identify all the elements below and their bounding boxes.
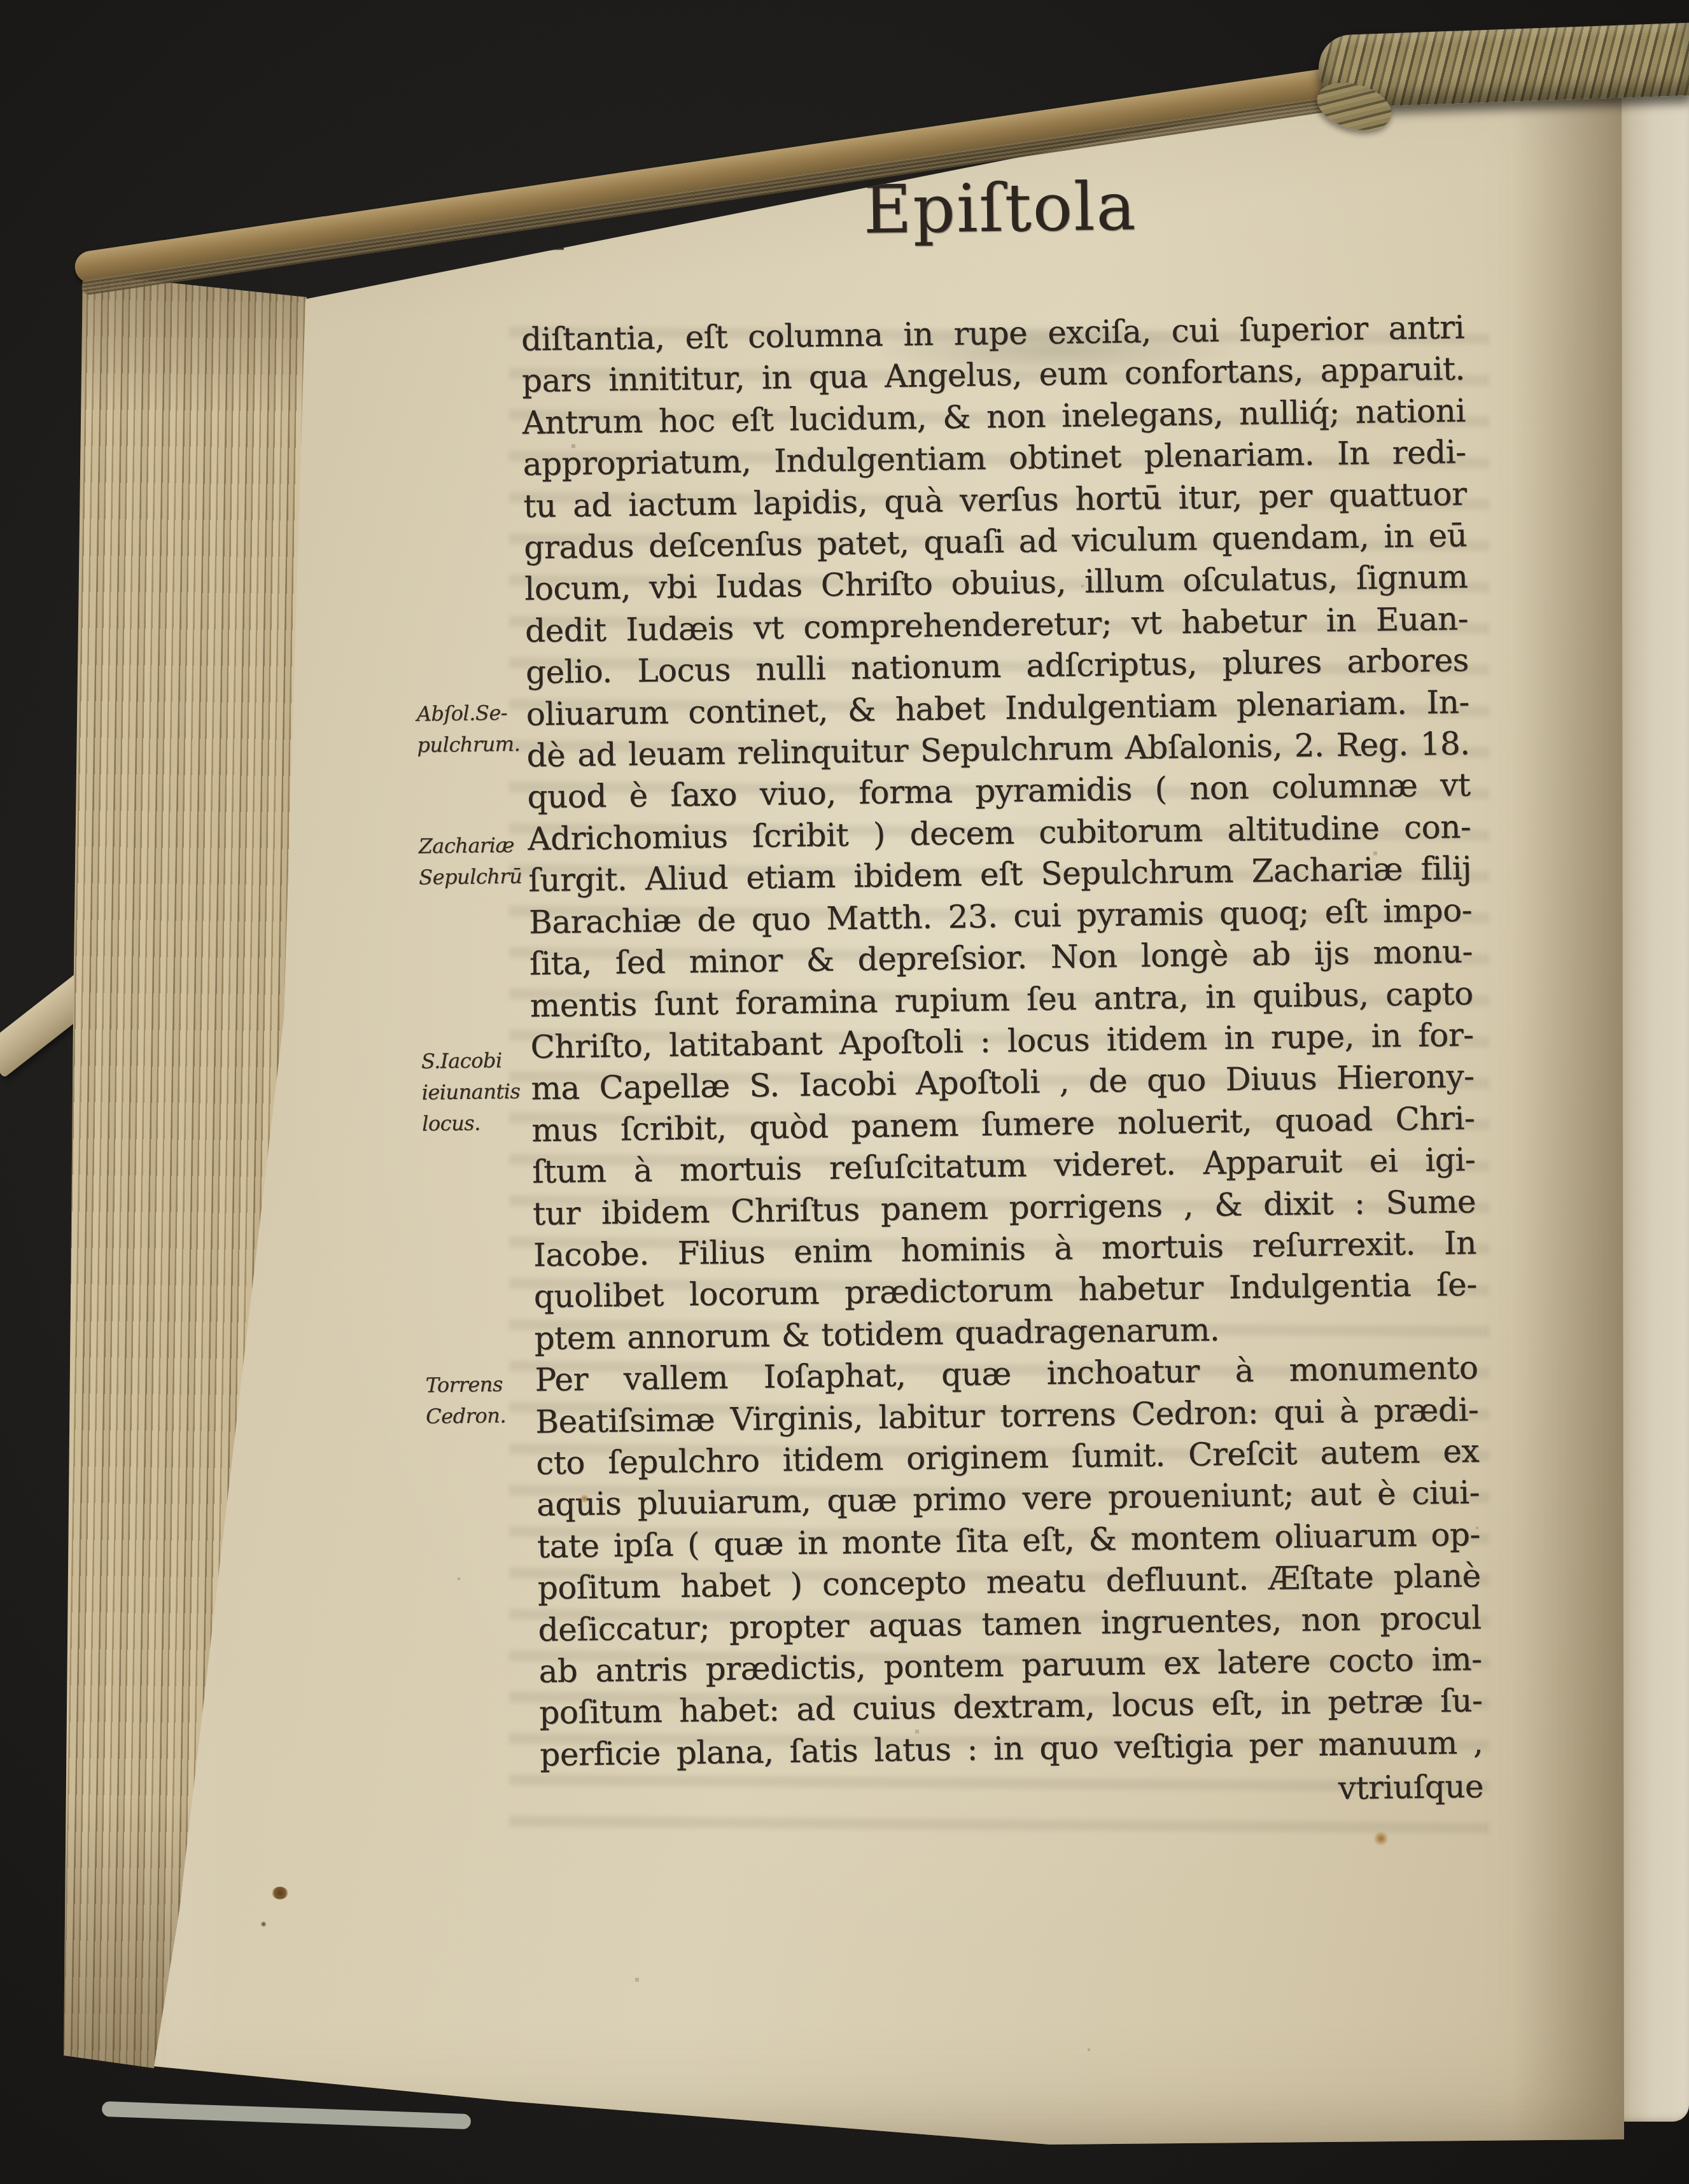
endband-braid	[1317, 23, 1689, 108]
margin-note-line: Torrens	[425, 1368, 550, 1401]
under-leaf-edge	[102, 2101, 471, 2129]
margin-note-zachariae-sepulchrum: ZachariæSepulchrū	[418, 829, 543, 893]
scanned-book-photo: 62 Epiſtola Abſol.Se-pulchrum. ZachariæS…	[0, 0, 1689, 2184]
book-page: 62 Epiſtola Abſol.Se-pulchrum. ZachariæS…	[127, 64, 1642, 2164]
margin-note-torrens-cedron: TorrensCedron.	[425, 1368, 550, 1432]
foxing-spot	[1373, 1831, 1389, 1845]
margin-note-line: Cedron.	[426, 1399, 551, 1432]
paragraph: Per vallem Ioſaphat, quæ inchoatur à mon…	[535, 1347, 1483, 1775]
margin-note-line: Zachariæ	[418, 829, 543, 862]
foxing-spot	[261, 1921, 267, 1927]
catchword: vtriuſque	[540, 1768, 1484, 1817]
margin-note-line: S.Iacobi	[421, 1044, 547, 1077]
paper-specks	[127, 64, 129, 65]
body-text: diſtantia, eſt columna in rupe exciſa, c…	[521, 307, 1483, 1775]
margin-note-absalon-sepulchrum: Abſol.Se-pulchrum.	[416, 697, 542, 761]
paragraph: diſtantia, eſt columna in rupe exciſa, c…	[521, 307, 1478, 1359]
margin-note-line: locus.	[422, 1107, 547, 1140]
margin-note-line: Sepulchrū	[419, 860, 544, 893]
page-content: 62 Epiſtola Abſol.Se-pulchrum. ZachariæS…	[123, 54, 1665, 2174]
margin-note-line: pulchrum.	[417, 728, 542, 761]
margin-note-line: Abſol.Se-	[416, 697, 542, 730]
foxing-spot	[272, 1887, 288, 1900]
margin-note-s-iacobi-locus: S.Iacobiieiunantislocus.	[421, 1044, 547, 1140]
margin-note-line: ieiunantis	[421, 1075, 547, 1109]
